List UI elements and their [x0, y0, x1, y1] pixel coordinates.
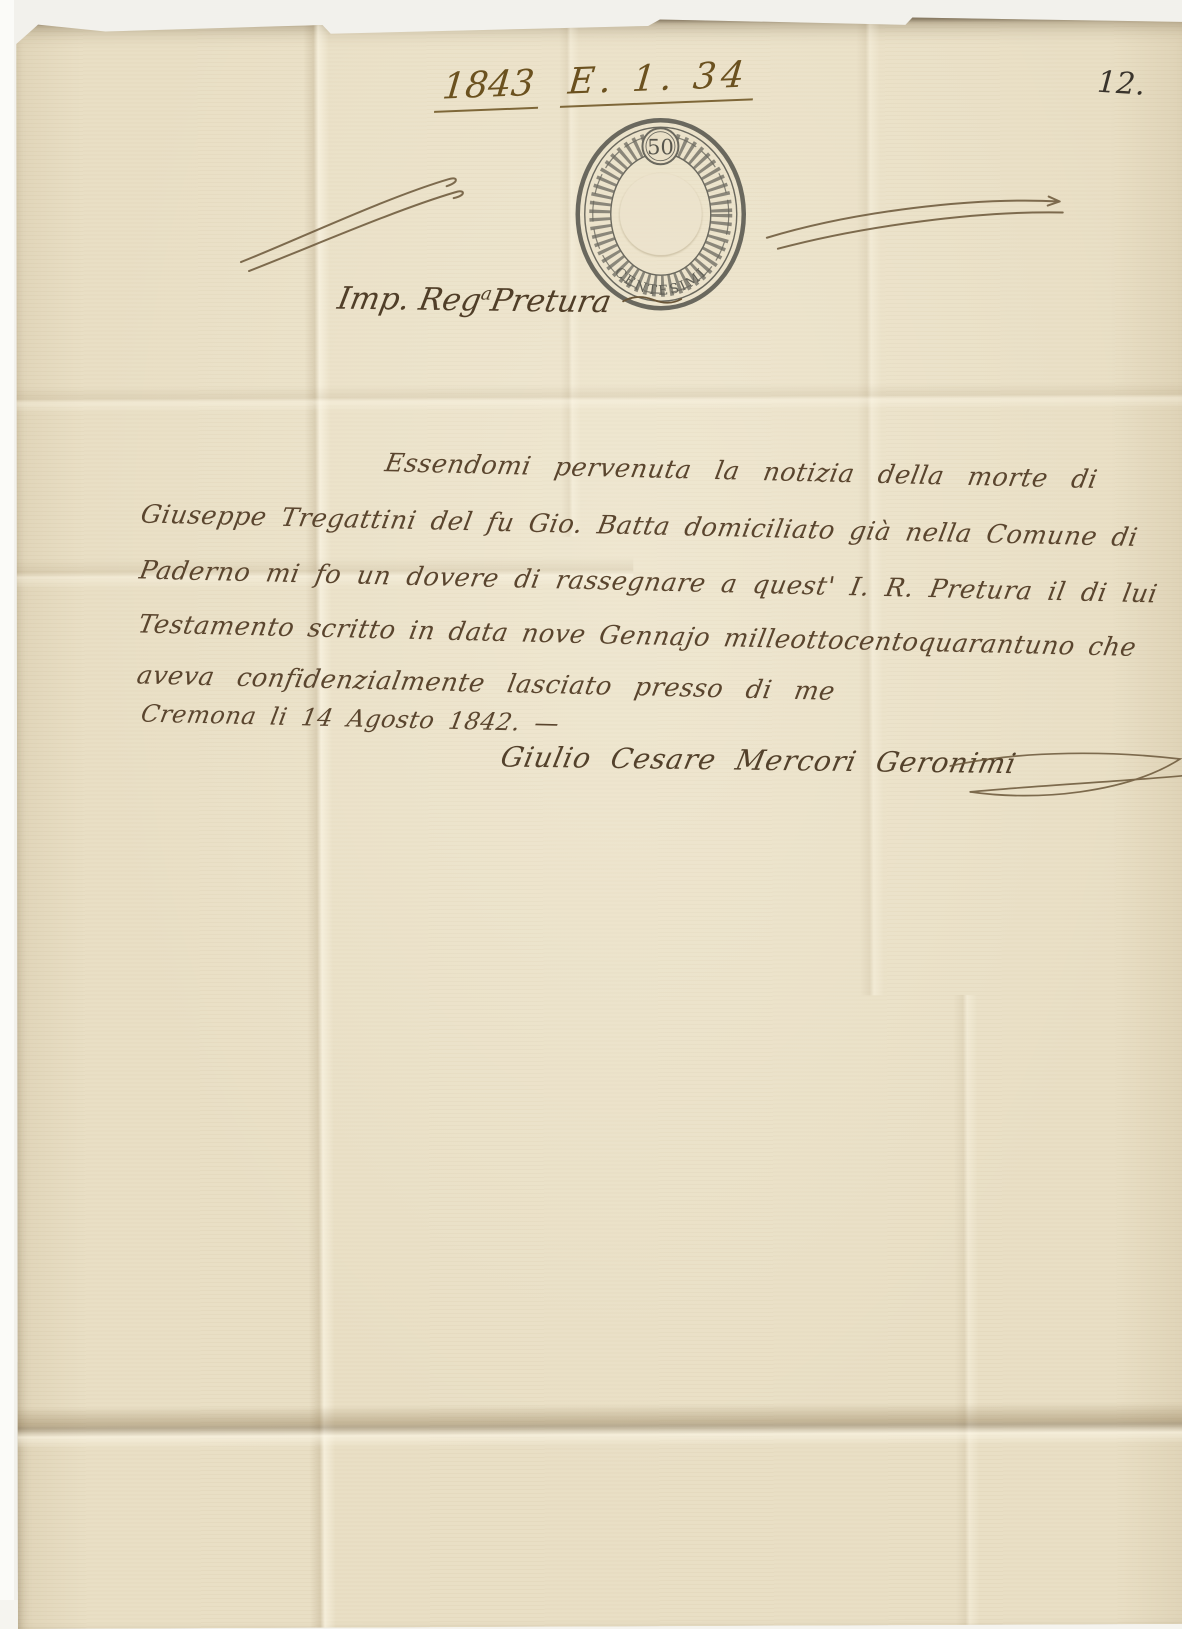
docket-year: 1843 [434, 63, 542, 113]
signature-flourish-icon [944, 747, 1182, 818]
right-pen-flourish-icon [764, 190, 1074, 253]
document-paper: 1843E. 1. 34 12. 50 CENTESIMI [11, 14, 1182, 1600]
body-line-1: Essendomi pervenuta la notizia della mor… [385, 448, 1098, 495]
body-line-5: aveva confidenzialmente lasciato presso … [137, 660, 835, 706]
salutation: Imp. Rega Pretura [338, 281, 684, 322]
body-line-4: Testamento scritto in data nove Gennajo … [138, 609, 1136, 663]
left-pen-flourish-icon [237, 167, 472, 273]
page-number: 12. [1096, 65, 1146, 103]
body-line-2: Giuseppe Tregattini del fu Gio. Batta do… [141, 499, 1138, 552]
revenue-stamp-icon: 50 CENTESIMI [571, 113, 750, 312]
fold-crease-horizontal-upper [13, 382, 1182, 413]
docket-reference: E. 1. 34 [560, 54, 757, 108]
body-line-3: Paderno mi fo un dovere di rassegnare a … [139, 555, 1157, 609]
salutation-rest: Pretura [488, 283, 615, 320]
stamp-embossed-center [620, 173, 702, 255]
body-line-dateline: Cremona li 14 Agosto 1842. — [141, 700, 560, 738]
fold-crease-vertical-right-lower [953, 995, 980, 1600]
salutation-main: Imp. Reg [335, 281, 485, 319]
fold-crease-horizontal-bottom [17, 1402, 1182, 1449]
signature: Giulio Cesare Mercori Geronimi [501, 740, 1016, 780]
stamp-value: 50 [647, 135, 674, 159]
salutation-flourish-icon [621, 290, 683, 307]
docket-number: 1843E. 1. 34 [435, 54, 755, 112]
